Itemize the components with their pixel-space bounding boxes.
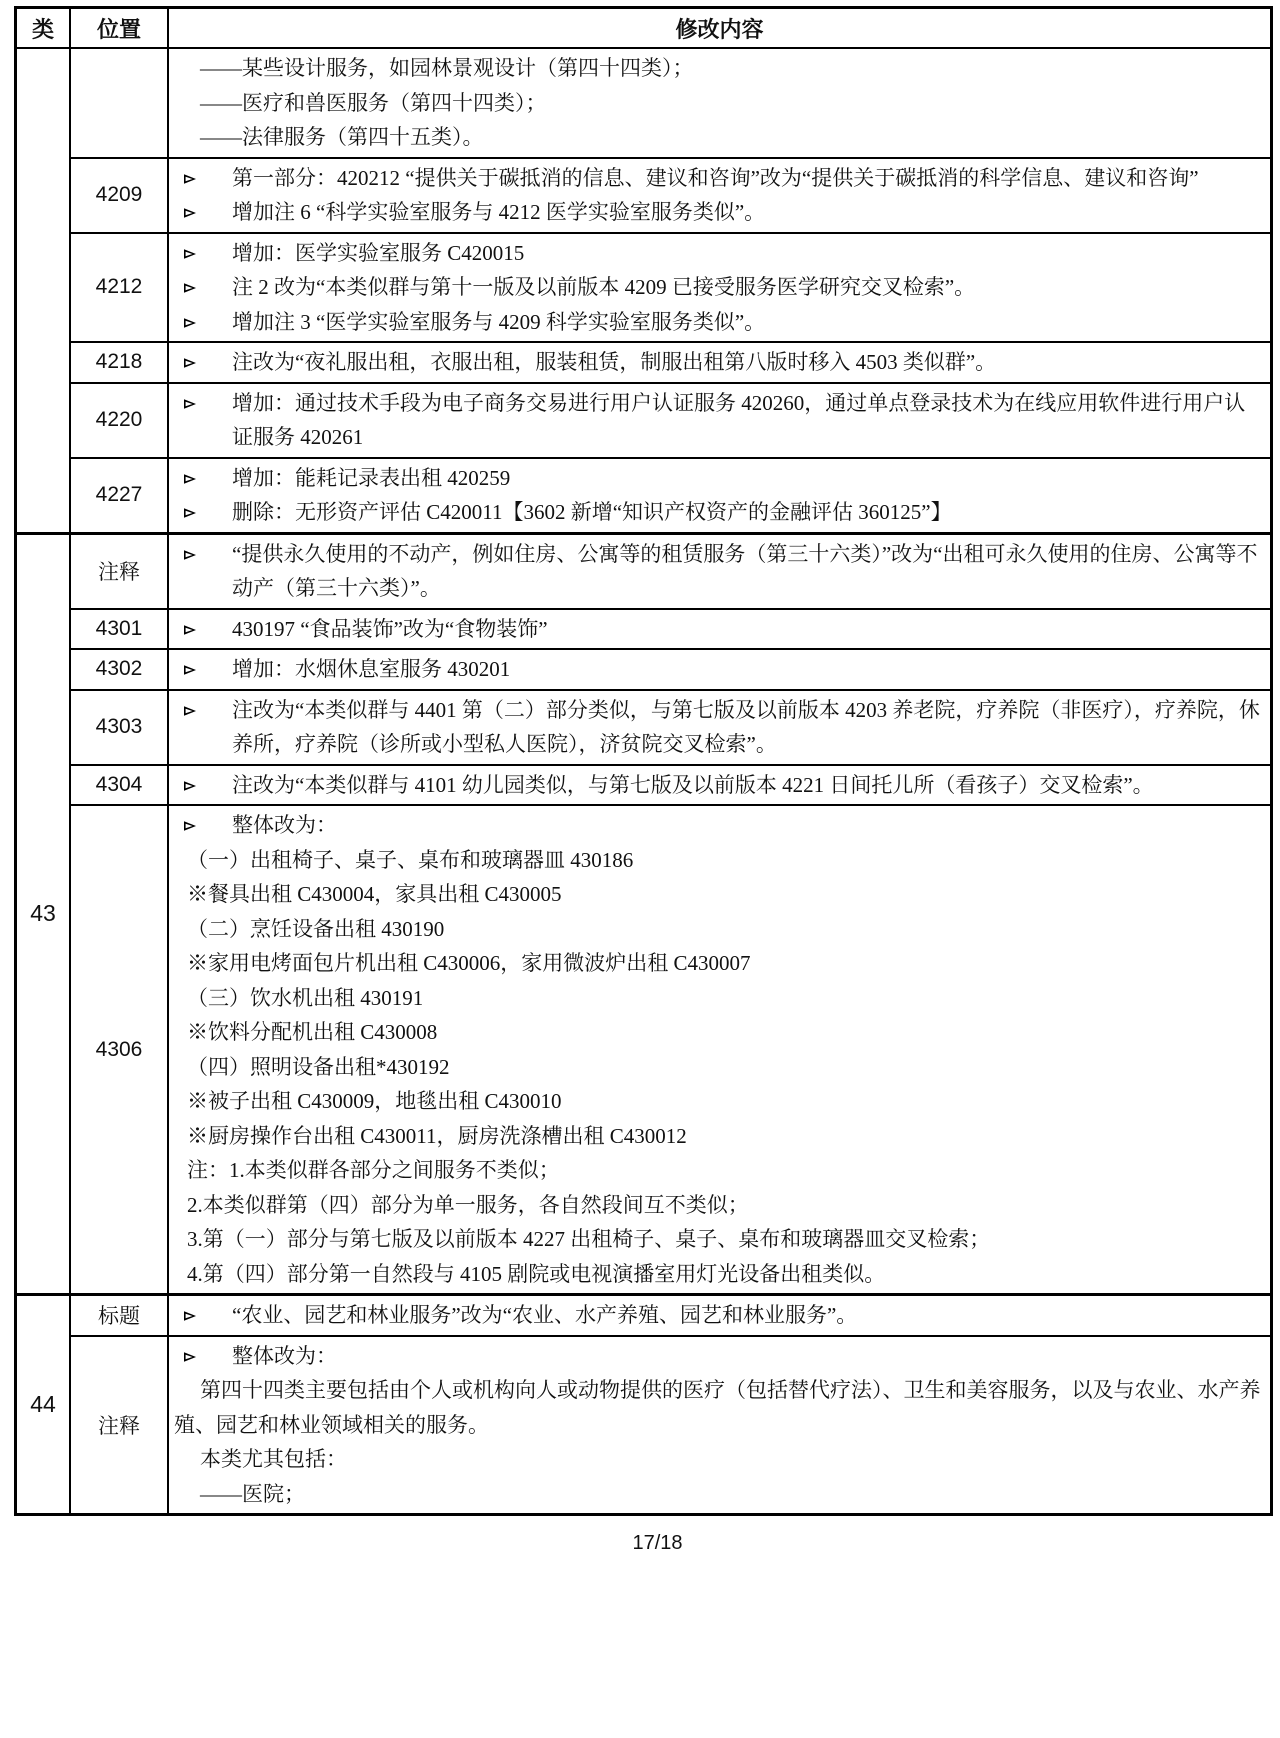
position-cell: 4218 [70, 342, 168, 383]
content-cell: ——某些设计服务，如园林景观设计（第四十四类）；——医疗和兽医服务（第四十四类）… [168, 48, 1272, 158]
content-cell: “提供永久使用的不动产，例如住房、公寓等的租赁服务（第三十六类）”改为“出租可永… [168, 533, 1272, 609]
arrow-bullet-icon [183, 247, 197, 261]
arrow-bullet-icon [183, 506, 197, 520]
bullet-item: 增加注 3 “医学实验室服务与 4209 科学实验室服务类似”。 [174, 305, 1262, 340]
arrow-bullet-icon [183, 623, 197, 637]
table-row: 4304注改为“本类似群与 4101 幼儿园类似，与第七版及以前版本 4221 … [16, 765, 1272, 806]
text-line: （四）照明设备出租*430192 [174, 1050, 1262, 1085]
revision-table: 类 位置 修改内容 ——某些设计服务，如园林景观设计（第四十四类）；——医疗和兽… [14, 6, 1273, 1516]
table-row: 4301430197 “食品装饰”改为“食物装饰” [16, 609, 1272, 650]
bullet-item: 增加：能耗记录表出租 420259 [174, 461, 1262, 496]
bullet-item: “提供永久使用的不动产，例如住房、公寓等的租赁服务（第三十六类）”改为“出租可永… [174, 537, 1262, 606]
class-cell: 44 [16, 1295, 71, 1515]
table-row: 4218注改为“夜礼服出租，衣服出租，服装租赁，制服出租第八版时移入 4503 … [16, 342, 1272, 383]
arrow-bullet-icon [183, 172, 197, 186]
bullet-item: 注改为“本类似群与 4101 幼儿园类似，与第七版及以前版本 4221 日间托儿… [174, 768, 1262, 803]
position-cell [70, 48, 168, 158]
text-line: ——医疗和兽医服务（第四十四类）； [174, 86, 1262, 121]
table-row: 4209第一部分：420212 “提供关于碳抵消的信息、建议和咨询”改为“提供关… [16, 158, 1272, 233]
arrow-bullet-icon [183, 472, 197, 486]
arrow-bullet-icon [183, 1309, 197, 1323]
arrow-bullet [183, 356, 197, 370]
class-cell [16, 48, 71, 533]
column-header-class: 类 [16, 8, 71, 49]
position-cell: 注释 [70, 533, 168, 609]
arrow-bullet [183, 623, 197, 637]
arrow-bullet [183, 397, 197, 411]
text-line: ——法律服务（第四十五类）。 [174, 120, 1262, 155]
table-row: 4303注改为“本类似群与 4401 第（二）部分类似，与第七版及以前版本 42… [16, 690, 1272, 765]
text-line: 4.第（四）部分第一自然段与 4105 剧院或电视演播室用灯光设备出租类似。 [174, 1257, 1262, 1292]
column-header-content: 修改内容 [168, 8, 1272, 49]
arrow-bullet [183, 472, 197, 486]
text-line: （二）烹饪设备出租 430190 [174, 912, 1262, 947]
arrow-bullet [183, 172, 197, 186]
table-header: 类 位置 修改内容 [16, 8, 1272, 49]
text-line: ※餐具出租 C430004，家具出租 C430005 [174, 877, 1262, 912]
bullet-text: 增加：水烟休息室服务 430201 [232, 657, 510, 681]
position-cell: 4212 [70, 233, 168, 343]
text-line: 本类尤其包括： [174, 1442, 1262, 1477]
content-cell: 增加：医学实验室服务 C420015注 2 改为“本类似群与第十一版及以前版本 … [168, 233, 1272, 343]
bullet-item: 增加注 6 “科学实验室服务与 4212 医学实验室服务类似”。 [174, 195, 1262, 230]
text-line: ——医院； [174, 1477, 1262, 1512]
bullet-text: 注改为“夜礼服出租，衣服出租，服装租赁，制服出租第八版时移入 4503 类似群”… [232, 350, 996, 374]
arrow-bullet-icon [183, 663, 197, 677]
content-cell: “农业、园艺和林业服务”改为“农业、水产养殖、园艺和林业服务”。 [168, 1295, 1272, 1336]
bullet-item: 删除：无形资产评估 C420011【3602 新增“知识产权资产的金融评估 36… [174, 495, 1262, 530]
arrow-bullet [183, 819, 197, 833]
arrow-bullet [183, 247, 197, 261]
arrow-bullet-icon [183, 548, 197, 562]
text-line: ※被子出租 C430009，地毯出租 C430010 [174, 1084, 1262, 1119]
position-cell: 4304 [70, 765, 168, 806]
text-line: 注：1.本类似群各部分之间服务不类似； [174, 1153, 1262, 1188]
bullet-text: “农业、园艺和林业服务”改为“农业、水产养殖、园艺和林业服务”。 [232, 1303, 857, 1327]
content-cell: 注改为“本类似群与 4401 第（二）部分类似，与第七版及以前版本 4203 养… [168, 690, 1272, 765]
table-row: 4227增加：能耗记录表出租 420259删除：无形资产评估 C420011【3… [16, 458, 1272, 534]
bullet-text: 增加注 6 “科学实验室服务与 4212 医学实验室服务类似”。 [232, 200, 765, 224]
bullet-text: 注改为“本类似群与 4101 幼儿园类似，与第七版及以前版本 4221 日间托儿… [232, 773, 1154, 797]
table-row: 43注释“提供永久使用的不动产，例如住房、公寓等的租赁服务（第三十六类）”改为“… [16, 533, 1272, 609]
bullet-item: 增加：通过技术手段为电子商务交易进行用户认证服务 420260，通过单点登录技术… [174, 386, 1262, 455]
text-line: （一）出租椅子、桌子、桌布和玻璃器皿 430186 [174, 843, 1262, 878]
position-cell: 注释 [70, 1336, 168, 1515]
content-cell: 整体改为：（一）出租椅子、桌子、桌布和玻璃器皿 430186※餐具出租 C430… [168, 805, 1272, 1295]
text-line: 2.本类似群第（四）部分为单一服务，各自然段间互不类似； [174, 1188, 1262, 1223]
bullet-text: 增加：医学实验室服务 C420015 [232, 241, 524, 265]
text-line: （三）饮水机出租 430191 [174, 981, 1262, 1016]
bullet-text: 删除：无形资产评估 C420011【3602 新增“知识产权资产的金融评估 36… [232, 500, 952, 524]
content-cell: 整体改为：第四十四类主要包括由个人或机构向人或动物提供的医疗（包括替代疗法）、卫… [168, 1336, 1272, 1515]
arrow-bullet [183, 506, 197, 520]
bullet-text: 整体改为： [232, 813, 337, 837]
arrow-bullet [183, 548, 197, 562]
table-row: 4220增加：通过技术手段为电子商务交易进行用户认证服务 420260，通过单点… [16, 383, 1272, 458]
arrow-bullet-icon [183, 704, 197, 718]
content-cell: 注改为“夜礼服出租，衣服出租，服装租赁，制服出租第八版时移入 4503 类似群”… [168, 342, 1272, 383]
arrow-bullet-icon [183, 206, 197, 220]
bullet-item: 第一部分：420212 “提供关于碳抵消的信息、建议和咨询”改为“提供关于碳抵消… [174, 161, 1262, 196]
bullet-text: 增加：能耗记录表出租 420259 [232, 466, 510, 490]
position-cell: 4301 [70, 609, 168, 650]
bullet-item: 注 2 改为“本类似群与第十一版及以前版本 4209 已接受服务医学研究交叉检索… [174, 270, 1262, 305]
content-cell: 增加：通过技术手段为电子商务交易进行用户认证服务 420260，通过单点登录技术… [168, 383, 1272, 458]
arrow-bullet-icon [183, 1350, 197, 1364]
bullet-item: 430197 “食品装饰”改为“食物装饰” [174, 612, 1262, 647]
column-header-position: 位置 [70, 8, 168, 49]
position-cell: 4302 [70, 649, 168, 690]
bullet-text: 注 2 改为“本类似群与第十一版及以前版本 4209 已接受服务医学研究交叉检索… [232, 275, 975, 299]
bullet-item: 增加：医学实验室服务 C420015 [174, 236, 1262, 271]
content-cell: 430197 “食品装饰”改为“食物装饰” [168, 609, 1272, 650]
content-cell: 增加：能耗记录表出租 420259删除：无形资产评估 C420011【3602 … [168, 458, 1272, 534]
arrow-bullet [183, 663, 197, 677]
class-cell: 43 [16, 533, 71, 1295]
position-cell: 4227 [70, 458, 168, 534]
table-body: ——某些设计服务，如园林景观设计（第四十四类）；——医疗和兽医服务（第四十四类）… [16, 48, 1272, 1515]
position-cell: 4209 [70, 158, 168, 233]
text-line: 第四十四类主要包括由个人或机构向人或动物提供的医疗（包括替代疗法）、卫生和美容服… [174, 1373, 1262, 1442]
arrow-bullet-icon [183, 779, 197, 793]
arrow-bullet-icon [183, 819, 197, 833]
text-line: ——某些设计服务，如园林景观设计（第四十四类）； [174, 51, 1262, 86]
arrow-bullet [183, 206, 197, 220]
bullet-item: 增加：水烟休息室服务 430201 [174, 652, 1262, 687]
table-row: 4302增加：水烟休息室服务 430201 [16, 649, 1272, 690]
position-cell: 4303 [70, 690, 168, 765]
bullet-text: 增加：通过技术手段为电子商务交易进行用户认证服务 420260，通过单点登录技术… [232, 391, 1245, 450]
arrow-bullet-icon [183, 281, 197, 295]
text-line: ※饮料分配机出租 C430008 [174, 1015, 1262, 1050]
table-row: 注释整体改为：第四十四类主要包括由个人或机构向人或动物提供的医疗（包括替代疗法）… [16, 1336, 1272, 1515]
position-cell: 标题 [70, 1295, 168, 1336]
text-line: ※家用电烤面包片机出租 C430006，家用微波炉出租 C430007 [174, 946, 1262, 981]
content-cell: 增加：水烟休息室服务 430201 [168, 649, 1272, 690]
page-number: 17/18 [28, 1532, 1280, 1555]
table-row: 4212增加：医学实验室服务 C420015注 2 改为“本类似群与第十一版及以… [16, 233, 1272, 343]
arrow-bullet-icon [183, 356, 197, 370]
bullet-text: 整体改为： [232, 1344, 337, 1368]
bullet-text: 注改为“本类似群与 4401 第（二）部分类似，与第七版及以前版本 4203 养… [232, 698, 1260, 757]
arrow-bullet [183, 316, 197, 330]
bullet-item: 整体改为： [174, 808, 1262, 843]
position-cell: 4306 [70, 805, 168, 1295]
bullet-item: 整体改为： [174, 1339, 1262, 1374]
bullet-text: 第一部分：420212 “提供关于碳抵消的信息、建议和咨询”改为“提供关于碳抵消… [232, 166, 1199, 190]
bullet-text: 430197 “食品装饰”改为“食物装饰” [232, 617, 548, 641]
table-row: ——某些设计服务，如园林景观设计（第四十四类）；——医疗和兽医服务（第四十四类）… [16, 48, 1272, 158]
bullet-text: 增加注 3 “医学实验室服务与 4209 科学实验室服务类似”。 [232, 310, 765, 334]
document-page: 类 位置 修改内容 ——某些设计服务，如园林景观设计（第四十四类）；——医疗和兽… [0, 0, 1280, 1555]
content-cell: 第一部分：420212 “提供关于碳抵消的信息、建议和咨询”改为“提供关于碳抵消… [168, 158, 1272, 233]
bullet-item: 注改为“夜礼服出租，衣服出租，服装租赁，制服出租第八版时移入 4503 类似群”… [174, 345, 1262, 380]
bullet-item: 注改为“本类似群与 4401 第（二）部分类似，与第七版及以前版本 4203 养… [174, 693, 1262, 762]
arrow-bullet [183, 1309, 197, 1323]
bullet-text: “提供永久使用的不动产，例如住房、公寓等的租赁服务（第三十六类）”改为“出租可永… [232, 542, 1257, 601]
arrow-bullet [183, 1350, 197, 1364]
arrow-bullet-icon [183, 316, 197, 330]
header-row: 类 位置 修改内容 [16, 8, 1272, 49]
table-row: 44标题“农业、园艺和林业服务”改为“农业、水产养殖、园艺和林业服务”。 [16, 1295, 1272, 1336]
text-line: 3.第（一）部分与第七版及以前版本 4227 出租椅子、桌子、桌布和玻璃器皿交叉… [174, 1222, 1262, 1257]
arrow-bullet [183, 779, 197, 793]
position-cell: 4220 [70, 383, 168, 458]
table-row: 4306整体改为：（一）出租椅子、桌子、桌布和玻璃器皿 430186※餐具出租 … [16, 805, 1272, 1295]
text-line: ※厨房操作台出租 C430011，厨房洗涤槽出租 C430012 [174, 1119, 1262, 1154]
bullet-item: “农业、园艺和林业服务”改为“农业、水产养殖、园艺和林业服务”。 [174, 1298, 1262, 1333]
arrow-bullet [183, 704, 197, 718]
arrow-bullet-icon [183, 397, 197, 411]
content-cell: 注改为“本类似群与 4101 幼儿园类似，与第七版及以前版本 4221 日间托儿… [168, 765, 1272, 806]
arrow-bullet [183, 281, 197, 295]
